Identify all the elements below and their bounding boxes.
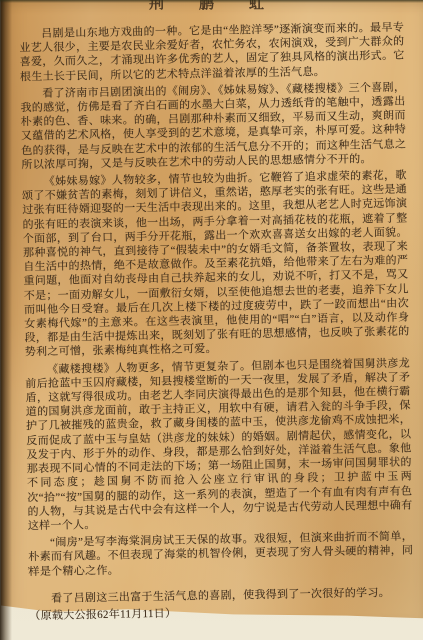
- source-citation: （原载大公报62年11月11日）: [29, 602, 414, 623]
- article-paragraph-3: 《姊妹易嫁》人物较多，情节也较为曲折。它鞭笞了追求虚荣的素花，歌颂了不嫌贫苦的素…: [22, 169, 410, 360]
- article-paragraph-1: 吕剧是山东地方戏曲的一种。它是由“坐腔洋琴”逐渐演变而来的。最早专业艺人很少，主…: [19, 21, 405, 85]
- photo-edge-shadow-top: [0, 0, 423, 3]
- article-paragraph-4: 《藏楼搜楼》人物更多，情节更复杂了。但剧本也只是围绕着国舅洪彦龙前后抢蓝中玉囚府…: [25, 356, 413, 533]
- article-paragraph-2: 看了济南市吕剧团演出的《闹房》、《姊妹易嫁》、《藏楼搜楼》三个喜剧，我的感觉，仿…: [20, 80, 406, 172]
- article-paragraph-5: “闹房”是写李海棠洞房试王天保的故事。戏很短，但演来曲折而不简单，朴素而有风趣。…: [28, 530, 414, 579]
- print-artifact-mark: ’: [27, 566, 30, 577]
- article-body: 吕剧是山东地方戏曲的一种。它是由“坐腔洋琴”逐渐演变而来的。最早专业艺人很少，主…: [0, 0, 423, 627]
- scanned-page: 荆 鹏 虹 吕剧是山东地方戏曲的一种。它是由“坐腔洋琴”逐渐演变而来的。最早专业…: [0, 0, 423, 640]
